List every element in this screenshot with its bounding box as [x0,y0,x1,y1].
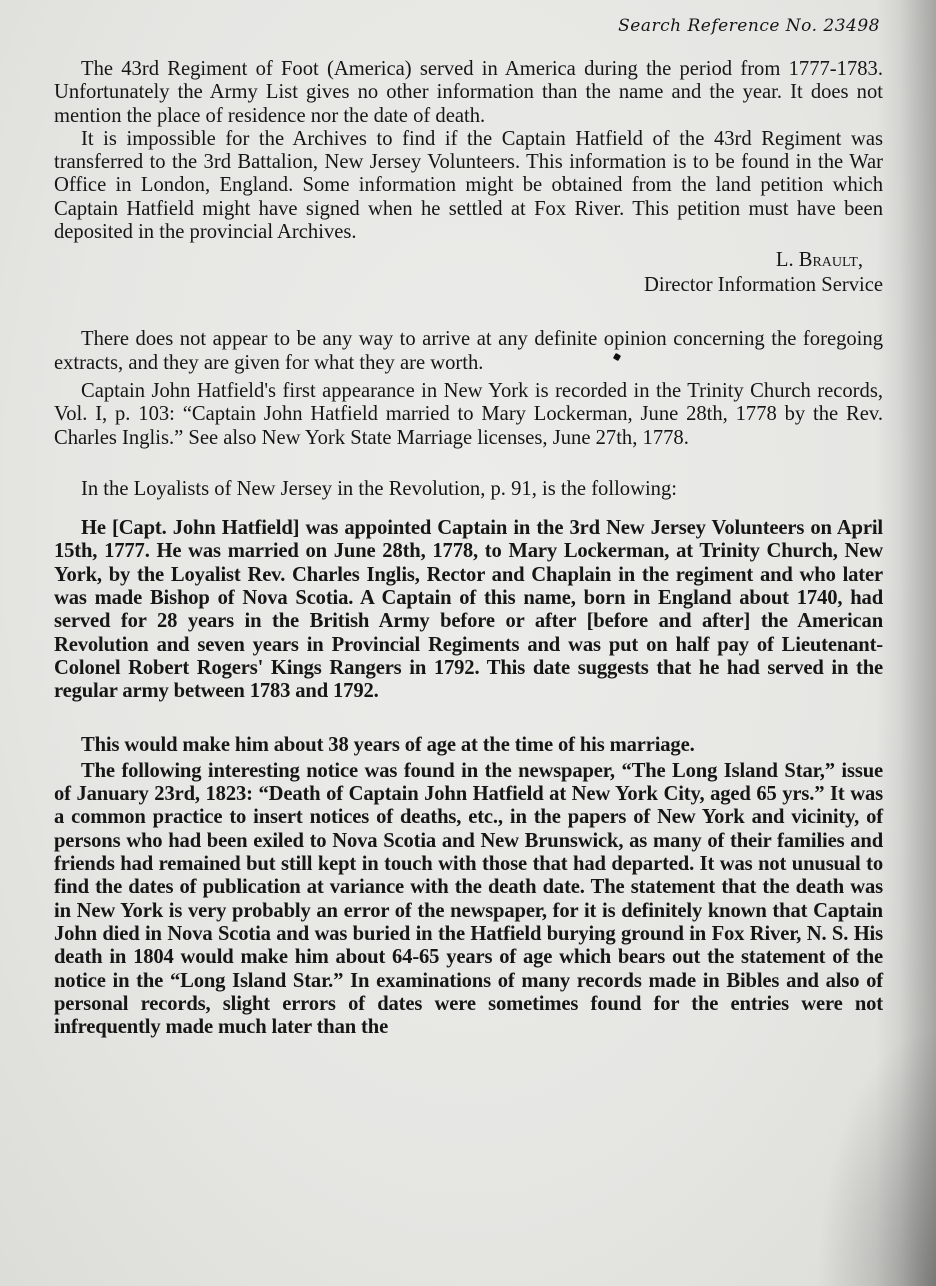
paragraph-age-at-marriage: This would make him about 38 years of ag… [54,734,883,757]
search-reference-number: Search Reference No. 23498 [618,16,880,36]
spacer [54,298,883,328]
spacer [54,501,883,517]
document-body: The 43rd Regiment of Foot (America) serv… [54,58,883,1039]
signature-name: L. Brault, [54,248,883,273]
paragraph-loyalists-intro: In the Loyalists of New Jersey in the Re… [54,478,883,501]
quoted-passage: He [Capt. John Hatfield] was appointed C… [54,517,883,703]
page-corner-shadow [816,1026,936,1286]
signature-block: L. Brault, Director Information Service [54,248,883,298]
paragraph-regiment-foot: The 43rd Regiment of Foot (America) serv… [54,58,883,128]
paragraph-archives-impossible: It is impossible for the Archives to fin… [54,128,883,244]
document-page: Search Reference No. 23498 The 43rd Regi… [0,0,936,1286]
paragraph-long-island-star: The following interesting notice was fou… [54,760,883,1040]
spacer [54,704,883,734]
spacer [54,450,883,478]
paragraph-no-definite-opinion: There does not appear to be any way to a… [54,328,883,375]
paragraph-first-appearance: Captain John Hatfield's first appearance… [54,380,883,450]
signature-title: Director Information Service [54,273,883,298]
